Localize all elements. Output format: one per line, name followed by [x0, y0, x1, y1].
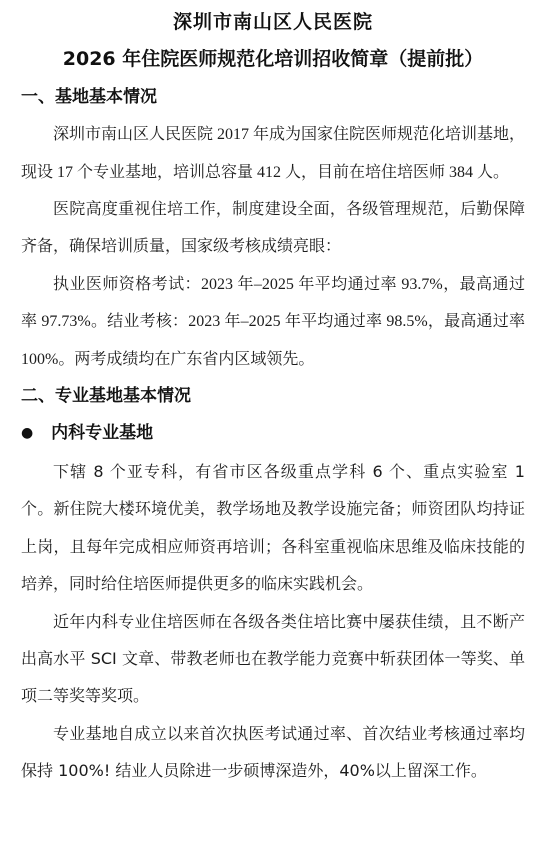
paragraph-exam-pass-rates: 执业医师资格考试：2023 年–2025 年平均通过率 93.7%，最高通过率 … [21, 266, 525, 378]
bullet-icon: ● [21, 415, 33, 452]
document-page: 深圳市南山区人民医院 2026 年住院医师规范化培训招收简章（提前批） 一、基地… [0, 0, 546, 843]
document-title: 深圳市南山区人民医院 [21, 4, 525, 41]
paragraph-pass-rate-retention: 专业基地自成立以来首次执医考试通过率、首次结业考核通过率均保持 100%! 结业… [21, 715, 525, 790]
paragraph-awards: 近年内科专业住培医师在各级各类住培比赛中屡获佳绩，且不断产出高水平 SCI 文章… [21, 603, 525, 715]
paragraph-base-overview: 深圳市南山区人民医院 2017 年成为国家住院医师规范化培训基地，现设 17 个… [21, 116, 525, 191]
paragraph-hospital-quality: 医院高度重视住培工作，制度建设全面，各级管理规范，后勤保障齐备，确保培训质量，国… [21, 191, 525, 266]
section-1-heading: 一、基地基本情况 [21, 79, 525, 116]
paragraph-subspecialties: 下辖 8 个亚专科，有省市区各级重点学科 6 个、重点实验室 1 个。新住院大楼… [21, 453, 525, 603]
subsection-heading-line: ● 内科专业基地 [21, 415, 525, 452]
subsection-heading-internal-medicine: 内科专业基地 [51, 423, 153, 443]
section-2-heading: 二、专业基地基本情况 [21, 378, 525, 415]
document-subtitle: 2026 年住院医师规范化培训招收简章（提前批） [21, 41, 525, 78]
